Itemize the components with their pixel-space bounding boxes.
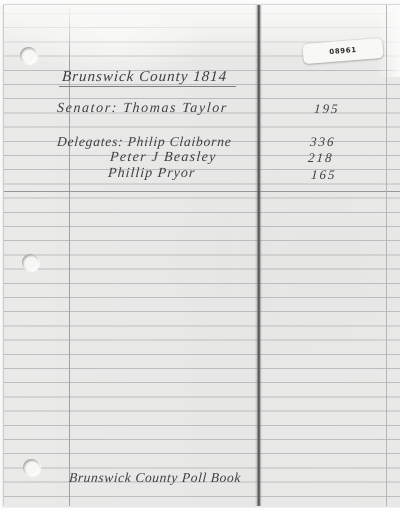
entry-delegate-beasley-label: Peter J Beasley	[109, 150, 217, 166]
page-fold-line	[255, 5, 262, 506]
title-underline	[59, 86, 236, 87]
darker-rule-line	[4, 191, 400, 192]
entry-delegate-pryor-votes: 165	[310, 167, 337, 183]
page-title: Brunswick County 1814	[61, 69, 227, 86]
sticker-number: 08961	[329, 46, 357, 56]
entry-delegate-pryor-label: Phillip Pryor	[107, 166, 195, 182]
paper-sheet: 08961 Brunswick County 1814 Senator: Tho…	[3, 4, 400, 506]
entry-delegate-beasley-votes: 218	[307, 150, 334, 166]
entry-senator-label: Senator: Thomas Taylor	[56, 101, 228, 117]
footer-title: Brunswick County Poll Book	[68, 470, 241, 486]
entry-senator-votes: 195	[313, 101, 340, 117]
punch-hole-middle	[22, 254, 39, 271]
entry-delegate-claiborne-label: Delegates: Philip Claiborne	[56, 134, 232, 150]
punch-hole-bottom	[23, 459, 40, 476]
scanned-document: 08961 Brunswick County 1814 Senator: Tho…	[0, 0, 400, 508]
entry-delegate-claiborne-votes: 336	[309, 134, 336, 150]
punch-hole-top	[20, 47, 37, 64]
page-right-edge-line	[386, 5, 387, 506]
